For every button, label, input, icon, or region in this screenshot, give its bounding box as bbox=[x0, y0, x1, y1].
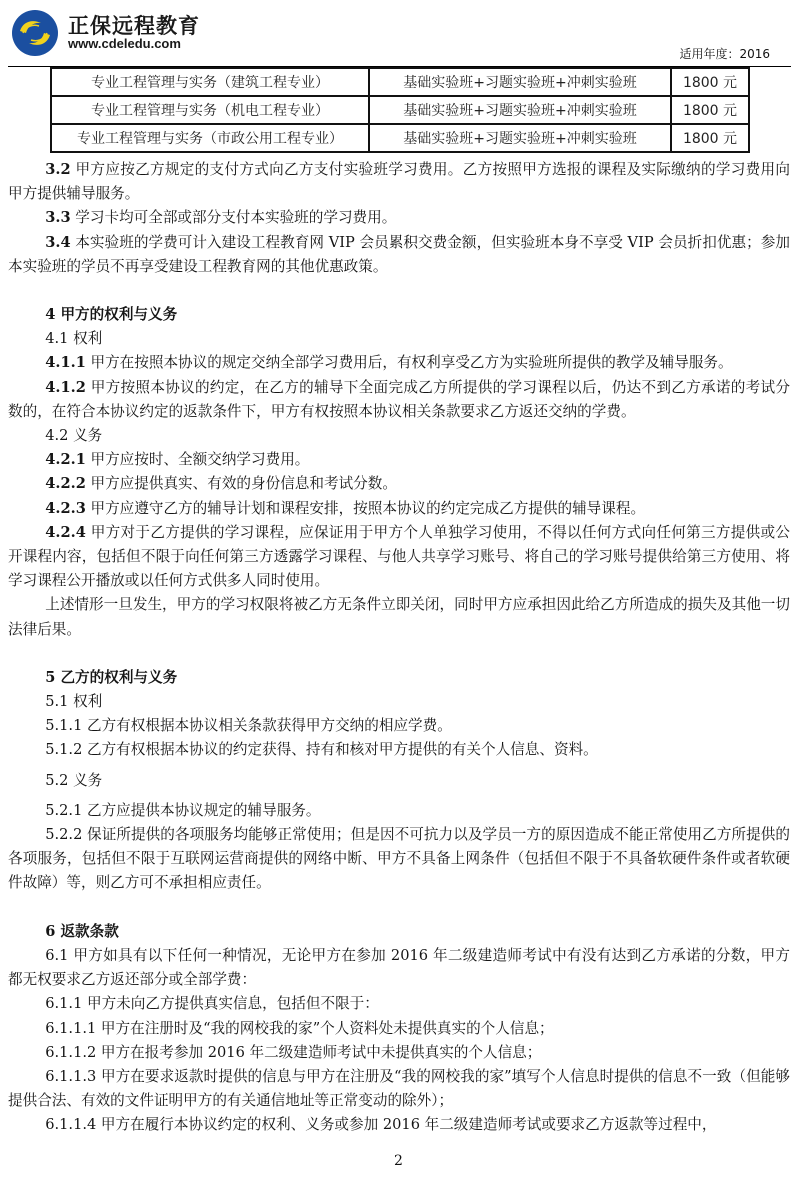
course-cell: 专业工程管理与实务（建筑工程专业） bbox=[51, 68, 369, 96]
table-row: 专业工程管理与实务（市政公用工程专业） 基础实验班+习题实验班+冲刺实验班 18… bbox=[51, 124, 749, 152]
package-cell: 基础实验班+习题实验班+冲刺实验班 bbox=[369, 124, 671, 152]
clause-3-2: 3.2 甲方应按乙方规定的支付方式向乙方支付实验班学习费用。乙方按照甲方选报的课… bbox=[8, 158, 790, 206]
clause-text: 甲方在按照本协议的规定交纳全部学习费用后，有权利享受乙方为实验班所提供的教学及辅… bbox=[90, 354, 732, 371]
page-header: 正保远程教育 www.cdeledu.com 适用年度：2016 bbox=[0, 0, 797, 67]
document-body: 3.2 甲方应按乙方规定的支付方式向乙方支付实验班学习费用。乙方按照甲方选报的课… bbox=[8, 158, 790, 1138]
clause-5-1-2: 5.1.2 乙方有权根据本协议的约定获得、持有和核对甲方提供的有关个人信息、资料… bbox=[8, 738, 790, 762]
clause-5-1-1: 5.1.1 乙方有权根据本协议相关条款获得甲方交纳的相应学费。 bbox=[8, 714, 790, 738]
clause-text: 甲方应提供真实、有效的身份信息和考试分数。 bbox=[90, 475, 396, 492]
price-cell: 1800 元 bbox=[671, 68, 749, 96]
clause-text: 甲方应按时、全额交纳学习费用。 bbox=[90, 451, 309, 468]
consequence-paragraph: 上述情形一旦发生，甲方的学习权限将被乙方无条件立即关闭，同时甲方应承担因此给乙方… bbox=[8, 593, 790, 641]
clause-3-4: 3.4 本实验班的学费可计入建设工程教育网 VIP 会员累积交费金额，但实验班本… bbox=[8, 231, 790, 279]
clause-number: 4.2.2 bbox=[45, 475, 86, 492]
subsection-5-1: 5.1 权利 bbox=[8, 690, 790, 714]
clause-6-1-1-1: 6.1.1.1 甲方在注册时及“我的网校我的家”个人资料处未提供真实的个人信息； bbox=[8, 1017, 790, 1041]
clause-number: 4.1.1 bbox=[45, 354, 86, 371]
clause-6-1: 6.1 甲方如具有以下任何一种情况，无论甲方在参加 2016 年二级建造师考试中… bbox=[8, 944, 790, 992]
subsection-4-2: 4.2 义务 bbox=[8, 424, 790, 448]
section-4-heading: 4 甲方的权利与义务 bbox=[8, 303, 790, 327]
fee-table: 专业工程管理与实务（建筑工程专业） 基础实验班+习题实验班+冲刺实验班 1800… bbox=[50, 67, 750, 153]
brand-url: www.cdeledu.com bbox=[68, 36, 181, 51]
subsection-5-2: 5.2 义务 bbox=[8, 769, 790, 793]
clause-text: 甲方对于乙方提供的学习课程，应保证用于甲方个人单独学习使用，不得以任何方式向任何… bbox=[8, 524, 790, 589]
price-cell: 1800 元 bbox=[671, 96, 749, 124]
clause-text: 甲方应按乙方规定的支付方式向乙方支付实验班学习费用。乙方按照甲方选报的课程及实际… bbox=[8, 161, 790, 202]
clause-4-1-1: 4.1.1 甲方在按照本协议的规定交纳全部学习费用后，有权利享受乙方为实验班所提… bbox=[8, 351, 790, 375]
clause-number: 4.2.4 bbox=[45, 524, 86, 541]
clause-5-2-2: 5.2.2 保证所提供的各项服务均能够正常使用；但是因不可抗力以及学员一方的原因… bbox=[8, 823, 790, 896]
table-row: 专业工程管理与实务（机电工程专业） 基础实验班+习题实验班+冲刺实验班 1800… bbox=[51, 96, 749, 124]
clause-text: 学习卡均可全部或部分支付本实验班的学习费用。 bbox=[75, 209, 396, 226]
clause-number: 3.3 bbox=[45, 209, 70, 226]
section-6-heading: 6 返款条款 bbox=[8, 920, 790, 944]
clause-number: 4.1.2 bbox=[45, 379, 86, 396]
clause-6-1-1: 6.1.1 甲方未向乙方提供真实信息，包括但不限于： bbox=[8, 992, 790, 1016]
clause-number: 4.2.1 bbox=[45, 451, 86, 468]
course-cell: 专业工程管理与实务（市政公用工程专业） bbox=[51, 124, 369, 152]
clause-number: 3.4 bbox=[45, 234, 70, 251]
clause-number: 3.2 bbox=[45, 161, 70, 178]
clause-6-1-1-2: 6.1.1.2 甲方在报考参加 2016 年二级建造师考试中未提供真实的个人信息… bbox=[8, 1041, 790, 1065]
package-cell: 基础实验班+习题实验班+冲刺实验班 bbox=[369, 96, 671, 124]
subsection-4-1: 4.1 权利 bbox=[8, 327, 790, 351]
clause-text: 甲方按照本协议的约定，在乙方的辅导下全面完成乙方所提供的学习课程以后，仍达不到乙… bbox=[8, 379, 790, 420]
clause-6-1-1-4: 6.1.1.4 甲方在履行本协议约定的权利、义务或参加 2016 年二级建造师考… bbox=[8, 1113, 790, 1137]
clause-5-2-1: 5.2.1 乙方应提供本协议规定的辅导服务。 bbox=[8, 799, 790, 823]
clause-number: 4.2.3 bbox=[45, 500, 86, 517]
clause-text: 本实验班的学费可计入建设工程教育网 VIP 会员累积交费金额，但实验班本身不享受… bbox=[8, 234, 790, 275]
clause-3-3: 3.3 学习卡均可全部或部分支付本实验班的学习费用。 bbox=[8, 206, 790, 230]
clause-4-2-4: 4.2.4 甲方对于乙方提供的学习课程，应保证用于甲方个人单独学习使用，不得以任… bbox=[8, 521, 790, 594]
package-cell: 基础实验班+习题实验班+冲刺实验班 bbox=[369, 68, 671, 96]
section-5-heading: 5 乙方的权利与义务 bbox=[8, 666, 790, 690]
price-cell: 1800 元 bbox=[671, 124, 749, 152]
page-number: 2 bbox=[0, 1153, 797, 1169]
clause-4-2-3: 4.2.3 甲方应遵守乙方的辅导计划和课程安排，按照本协议的约定完成乙方提供的辅… bbox=[8, 497, 790, 521]
table-row: 专业工程管理与实务（建筑工程专业） 基础实验班+习题实验班+冲刺实验班 1800… bbox=[51, 68, 749, 96]
course-cell: 专业工程管理与实务（机电工程专业） bbox=[51, 96, 369, 124]
logo-icon bbox=[11, 9, 59, 57]
clause-4-1-2: 4.1.2 甲方按照本协议的约定，在乙方的辅导下全面完成乙方所提供的学习课程以后… bbox=[8, 376, 790, 424]
applicable-year: 适用年度：2016 bbox=[679, 45, 770, 62]
clause-4-2-1: 4.2.1 甲方应按时、全额交纳学习费用。 bbox=[8, 448, 790, 472]
clause-text: 甲方应遵守乙方的辅导计划和课程安排，按照本协议的约定完成乙方提供的辅导课程。 bbox=[90, 500, 645, 517]
clause-6-1-1-3: 6.1.1.3 甲方在要求返款时提供的信息与甲方在注册及“我的网校我的家”填写个… bbox=[8, 1065, 790, 1113]
clause-4-2-2: 4.2.2 甲方应提供真实、有效的身份信息和考试分数。 bbox=[8, 472, 790, 496]
